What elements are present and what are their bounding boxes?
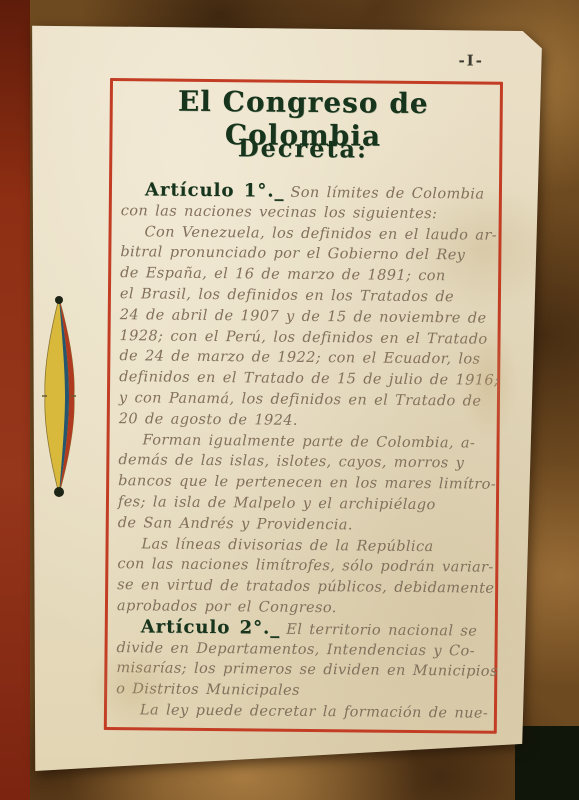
line-text: con las naciones vecinas los siguientes: (121, 203, 438, 222)
line-text: el Brasil, los definidos en los Tratados… (120, 286, 454, 305)
line-text: 24 de abril de 1907 y de 15 de noviembre… (120, 307, 487, 327)
line-text: fes; la isla de Malpelo y el archipiélag… (118, 494, 436, 513)
line-text: aprobados por el Congreso. (117, 598, 337, 616)
line-text: con las naciones limítrofes, sólo podrán… (117, 556, 494, 576)
photo-area: -I- El Congreso de Colombia Decreta: Art… (0, 0, 579, 800)
line-text: La ley puede decretar la formación de nu… (140, 702, 488, 721)
line-text: 20 de agosto de 1924. (119, 411, 298, 429)
page-number: -I- (436, 51, 506, 70)
line-text: definidos en el Tratado de 15 de julio d… (119, 369, 499, 389)
line-text: de 24 de marzo de 1922; con el Ecuador, … (119, 348, 480, 367)
line-text: bitral pronunciado por el Gobierno del R… (120, 245, 465, 264)
manuscript-text-block: Artículo 1°._Son límites de Colombiacon … (116, 180, 499, 724)
line-text: o Distritos Municipales (116, 681, 300, 699)
line-text: bancos que le pertenecen en los mares li… (118, 473, 496, 493)
line-text: El territorio nacional se (286, 621, 477, 639)
line-text: Con Venezuela, los definidos en el laudo… (144, 224, 497, 243)
manuscript-line: 20 de agosto de 1924. (119, 409, 497, 433)
line-text: se en virtud de tratados públicos, debid… (117, 577, 494, 597)
line-text: Son límites de Colombia (290, 185, 484, 203)
page-content: -I- El Congreso de Colombia Decreta: Art… (21, 21, 546, 778)
line-text: Las líneas divisorias de la República (141, 536, 433, 555)
manuscript-line: La ley puede decretar la formación de nu… (116, 700, 494, 724)
article-heading-line: Artículo 2°._El territorio nacional se (117, 617, 495, 641)
line-text: de España, el 16 de marzo de 1891; con (120, 265, 446, 284)
line-text: demás de las islas, islotes, cayos, morr… (118, 452, 464, 471)
line-text: y con Panamá, los definidos en el Tratad… (119, 390, 482, 409)
line-text: misarías; los primeros se dividen en Mun… (116, 660, 498, 680)
line-text: de San Andrés y Providencia. (118, 515, 353, 533)
line-text: 1928; con el Perú, los definidos en el T… (119, 328, 487, 348)
manuscript-line: de San Andrés y Providencia. (118, 513, 496, 537)
line-text: Forman igualmente parte de Colombia, a- (142, 432, 475, 451)
article-label: Artículo 2°._ (141, 616, 287, 638)
document-title-line2: Decreta: (109, 132, 496, 165)
manuscript-page: -I- El Congreso de Colombia Decreta: Art… (28, 22, 546, 774)
line-text: divide en Departamentos, Intendencias y … (116, 640, 475, 659)
article-label: Artículo 1°._ (145, 179, 291, 201)
